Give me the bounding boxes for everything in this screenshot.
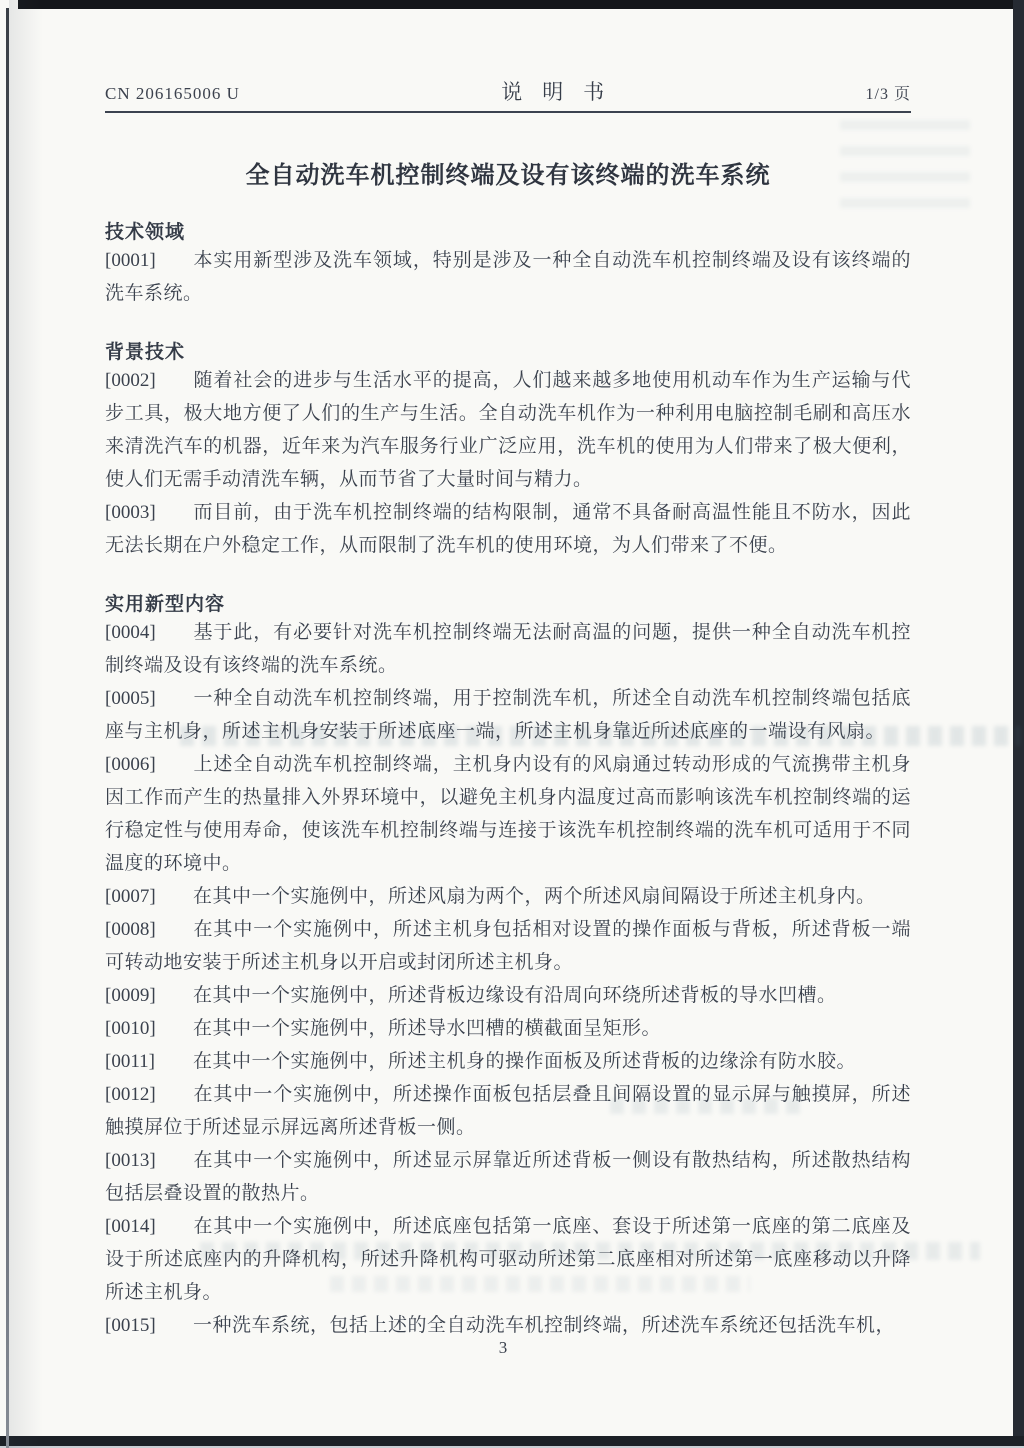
paragraph: [0007]在其中一个实施例中，所述风扇为两个，两个所述风扇间隔设于所述主机身内… <box>105 880 911 913</box>
paragraph: [0001]本实用新型涉及洗车领域，特别是涉及一种全自动洗车机控制终端及设有该终… <box>105 244 911 310</box>
document-section: 技术领域 [0001]本实用新型涉及洗车领域，特别是涉及一种全自动洗车机控制终端… <box>105 217 911 310</box>
paragraph-text: 基于此，有必要针对洗车机控制终端无法耐高温的问题，提供一种全自动洗车机控制终端及… <box>105 622 911 676</box>
paragraph-text: 在其中一个实施例中，所述操作面板包括层叠且间隔设置的显示屏与触摸屏，所述触摸屏位… <box>105 1084 911 1138</box>
paragraph-number: [0012] <box>105 1078 193 1111</box>
paragraph-text: 在其中一个实施例中，所述显示屏靠近所述背板一侧设有散热结构，所述散热结构包括层叠… <box>105 1150 911 1204</box>
paragraph-text: 上述全自动洗车机控制终端，主机身内设有的风扇通过转动形成的气流携带主机身因工作而… <box>105 754 911 874</box>
paragraph: [0009]在其中一个实施例中，所述背板边缘设有沿周向环绕所述背板的导水凹槽。 <box>105 979 911 1012</box>
paragraph-number: [0004] <box>105 616 193 649</box>
paragraph: [0013]在其中一个实施例中，所述显示屏靠近所述背板一侧设有散热结构，所述散热… <box>105 1144 911 1210</box>
page-curl-shadow <box>9 0 43 1448</box>
paragraph-number: [0006] <box>105 748 193 781</box>
paragraph-number: [0009] <box>105 979 193 1012</box>
footer-page-number: 3 <box>499 1338 508 1357</box>
document-body: 技术领域 [0001]本实用新型涉及洗车领域，特别是涉及一种全自动洗车机控制终端… <box>105 217 911 1342</box>
paragraph-text: 一种全自动洗车机控制终端，用于控制洗车机，所述全自动洗车机控制终端包括底座与主机… <box>105 688 911 742</box>
paragraph: [0006]上述全自动洗车机控制终端，主机身内设有的风扇通过转动形成的气流携带主… <box>105 748 911 880</box>
document-type-label: 说明书 <box>481 76 624 106</box>
paragraph-number: [0014] <box>105 1210 193 1243</box>
document-section: 背景技术 [0002]随着社会的进步与生活水平的提高，人们越来越多地使用机动车作… <box>105 337 911 562</box>
paragraph-text: 一种洗车系统，包括上述的全自动洗车机控制终端，所述洗车系统还包括洗车机， <box>193 1315 895 1336</box>
paragraph-number: [0007] <box>105 880 193 913</box>
header-rule <box>105 111 911 113</box>
paragraph: [0012]在其中一个实施例中，所述操作面板包括层叠且间隔设置的显示屏与触摸屏，… <box>105 1078 911 1144</box>
paragraph-number: [0008] <box>105 913 193 946</box>
publication-number: CN 206165006 U <box>105 84 240 104</box>
paragraph-number: [0011] <box>105 1045 193 1078</box>
paragraph: [0010]在其中一个实施例中，所述导水凹槽的横截面呈矩形。 <box>105 1012 911 1045</box>
paragraph-text: 在其中一个实施例中，所述主机身的操作面板及所述背板的边缘涂有防水胶。 <box>193 1051 856 1072</box>
paragraph-text: 在其中一个实施例中，所述导水凹槽的横截面呈矩形。 <box>193 1018 661 1039</box>
paragraph-number: [0001] <box>105 244 193 277</box>
paragraph-text: 在其中一个实施例中，所述主机身包括相对设置的操作面板与背板，所述背板一端可转动地… <box>105 919 911 973</box>
scan-border-bottom <box>0 1436 1024 1446</box>
page-footer: 3 <box>0 1338 1006 1358</box>
paragraph-text: 在其中一个实施例中，所述风扇为两个，两个所述风扇间隔设于所述主机身内。 <box>193 886 876 907</box>
document-section: 实用新型内容 [0004]基于此，有必要针对洗车机控制终端无法耐高温的问题，提供… <box>105 589 911 1342</box>
section-heading: 背景技术 <box>105 337 911 364</box>
paragraph-text: 在其中一个实施例中，所述底座包括第一底座、套设于所述第一底座的第二底座及设于所述… <box>105 1216 911 1303</box>
page-header: CN 206165006 U 说明书 1/3 页 <box>105 0 911 106</box>
page-indicator: 1/3 页 <box>866 81 911 104</box>
paragraph: [0011]在其中一个实施例中，所述主机身的操作面板及所述背板的边缘涂有防水胶。 <box>105 1045 911 1078</box>
paragraph-number: [0010] <box>105 1012 193 1045</box>
paragraph-number: [0013] <box>105 1144 193 1177</box>
paragraph: [0008]在其中一个实施例中，所述主机身包括相对设置的操作面板与背板，所述背板… <box>105 913 911 979</box>
document-content: CN 206165006 U 说明书 1/3 页 全自动洗车机控制终端及设有该终… <box>105 0 911 1342</box>
paragraph: [0004]基于此，有必要针对洗车机控制终端无法耐高温的问题，提供一种全自动洗车… <box>105 616 911 682</box>
section-heading: 技术领域 <box>105 217 911 244</box>
paragraph-number: [0003] <box>105 496 193 529</box>
patent-specification-page: CN 206165006 U 说明书 1/3 页 全自动洗车机控制终端及设有该终… <box>0 0 1024 1448</box>
paragraph: [0003]而目前，由于洗车机控制终端的结构限制，通常不具备耐高温性能且不防水，… <box>105 496 911 562</box>
paragraph-text: 本实用新型涉及洗车领域，特别是涉及一种全自动洗车机控制终端及设有该终端的洗车系统… <box>105 250 911 304</box>
paragraph: [0002]随着社会的进步与生活水平的提高，人们越来越多地使用机动车作为生产运输… <box>105 364 911 496</box>
paragraph-text: 而目前，由于洗车机控制终端的结构限制，通常不具备耐高温性能且不防水，因此无法长期… <box>105 502 911 556</box>
paragraph-text: 在其中一个实施例中，所述背板边缘设有沿周向环绕所述背板的导水凹槽。 <box>193 985 837 1006</box>
paragraph: [0014]在其中一个实施例中，所述底座包括第一底座、套设于所述第一底座的第二底… <box>105 1210 911 1309</box>
paragraph: [0005]一种全自动洗车机控制终端，用于控制洗车机，所述全自动洗车机控制终端包… <box>105 682 911 748</box>
document-title: 全自动洗车机控制终端及设有该终端的洗车系统 <box>105 155 911 190</box>
section-heading: 实用新型内容 <box>105 589 911 616</box>
scan-border-right <box>1013 0 1024 1448</box>
paragraph-text: 随着社会的进步与生活水平的提高，人们越来越多地使用机动车作为生产运输与代步工具，… <box>105 370 911 490</box>
paragraph-number: [0002] <box>105 364 193 397</box>
paragraph-number: [0005] <box>105 682 193 715</box>
